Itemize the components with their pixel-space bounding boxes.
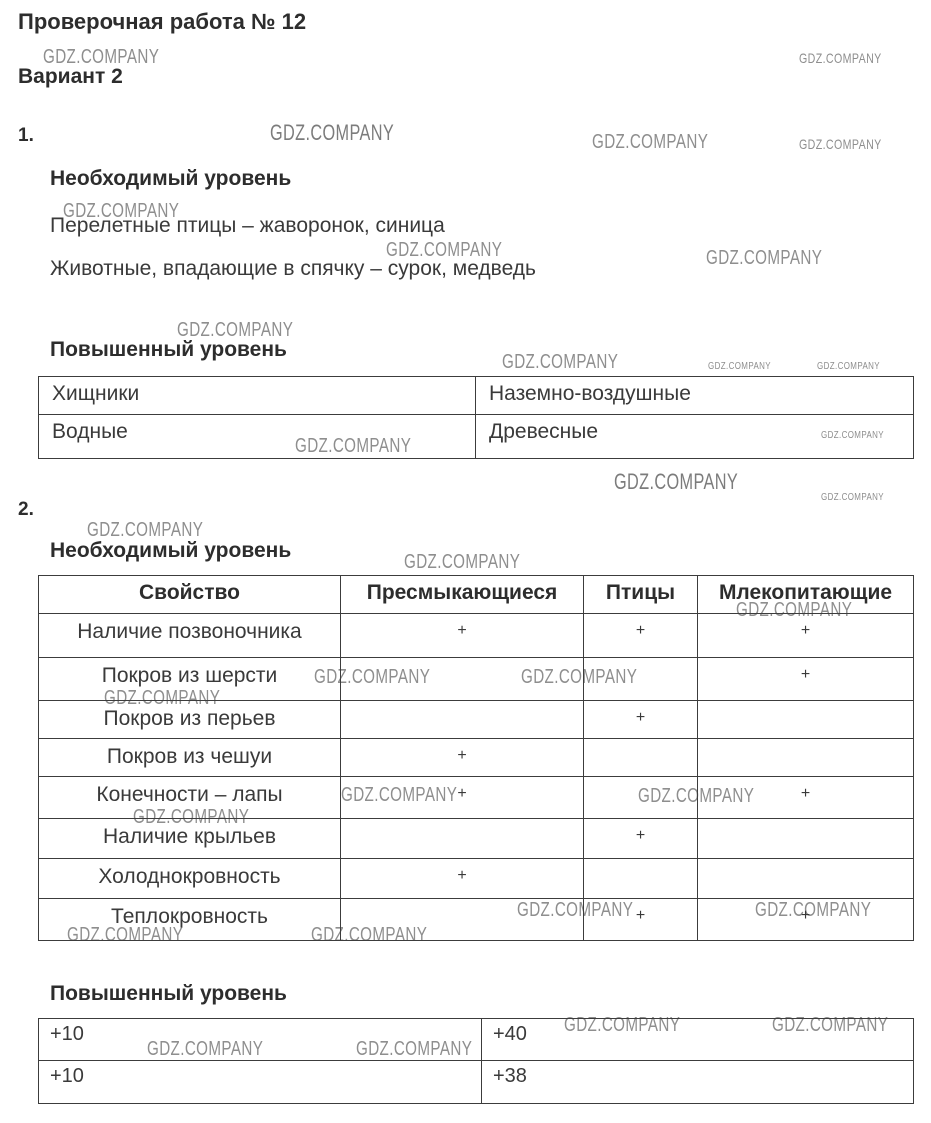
table-row: +10 +40: [39, 1019, 914, 1061]
mark-cell: [341, 701, 584, 739]
column-header: Птицы: [584, 576, 698, 614]
property-label: Покров из шерсти: [39, 658, 341, 701]
points-table: +10 +40 +10 +38: [38, 1018, 914, 1104]
column-header: Пресмыкающиеся: [341, 576, 584, 614]
watermark: GDZ.COMPANY: [87, 520, 203, 540]
watermark: GDZ.COMPANY: [43, 47, 159, 67]
watermark: GDZ.COMPANY: [502, 352, 618, 372]
section2-number: 2.: [18, 499, 34, 521]
mark-cell: +: [584, 614, 698, 658]
table-row: Наличие крыльев +: [39, 819, 914, 859]
points-cell: +10: [39, 1019, 482, 1061]
watermark: GDZ.COMPANY: [799, 137, 882, 151]
mark-cell: +: [698, 658, 914, 701]
mark-cell: +: [341, 859, 584, 899]
table-header-row: Свойство Пресмыкающиеся Птицы Млекопитаю…: [39, 576, 914, 614]
points-cell: +10: [39, 1061, 482, 1104]
watermark: GDZ.COMPANY: [821, 492, 884, 503]
watermark: GDZ.COMPANY: [177, 320, 293, 340]
mark-cell: [698, 739, 914, 777]
property-label: Покров из перьев: [39, 701, 341, 739]
table-row: Водные Древесные: [39, 415, 914, 459]
property-label: Конечности – лапы: [39, 777, 341, 819]
property-label: Наличие позвоночника: [39, 614, 341, 658]
section1-number: 1.: [18, 125, 34, 147]
mark-cell: [698, 819, 914, 859]
mark-cell: +: [341, 777, 584, 819]
watermark: GDZ.COMPANY: [708, 361, 771, 372]
mark-cell: +: [341, 614, 584, 658]
answer-line-hibernation: Животные, впадающие в спячку – сурок, ме…: [50, 257, 536, 281]
watermark: GDZ.COMPANY: [592, 132, 708, 152]
column-header: Млекопитающие: [698, 576, 914, 614]
section1-advanced-heading: Повышенный уровень: [50, 338, 287, 362]
table-row: Хищники Наземно-воздушные: [39, 377, 914, 415]
mark-cell: [584, 658, 698, 701]
watermark: GDZ.COMPANY: [817, 361, 880, 372]
watermark: GDZ.COMPANY: [270, 122, 394, 144]
watermark: GDZ.COMPANY: [614, 471, 738, 493]
mark-cell: [584, 739, 698, 777]
mark-cell: [584, 859, 698, 899]
groups-table: Хищники Наземно-воздушные Водные Древесн…: [38, 376, 914, 459]
mark-cell: +: [341, 739, 584, 777]
property-label: Теплокровность: [39, 899, 341, 941]
table-cell: Наземно-воздушные: [476, 377, 914, 415]
table-cell: Древесные: [476, 415, 914, 459]
table-cell: Водные: [39, 415, 476, 459]
section2-required-heading: Необходимый уровень: [50, 539, 291, 563]
watermark: GDZ.COMPANY: [706, 248, 822, 268]
table-row: Холоднокровность +: [39, 859, 914, 899]
mark-cell: [584, 777, 698, 819]
watermark: GDZ.COMPANY: [404, 552, 520, 572]
column-header: Свойство: [39, 576, 341, 614]
mark-cell: [698, 859, 914, 899]
property-label: Холоднокровность: [39, 859, 341, 899]
table-row: Наличие позвоночника + + +: [39, 614, 914, 658]
mark-cell: +: [698, 614, 914, 658]
table-row: Теплокровность + +: [39, 899, 914, 941]
properties-table: Свойство Пресмыкающиеся Птицы Млекопитаю…: [38, 575, 914, 941]
mark-cell: [698, 701, 914, 739]
worksheet-page: GDZ.COMPANYGDZ.COMPANYGDZ.COMPANYGDZ.COM…: [0, 0, 931, 1123]
property-label: Покров из чешуи: [39, 739, 341, 777]
property-label: Наличие крыльев: [39, 819, 341, 859]
watermark: GDZ.COMPANY: [799, 51, 882, 65]
variant-label: Вариант 2: [18, 65, 123, 89]
table-cell: Хищники: [39, 377, 476, 415]
table-row: Конечности – лапы + +: [39, 777, 914, 819]
mark-cell: +: [698, 899, 914, 941]
mark-cell: [341, 658, 584, 701]
answer-line-birds: Перелетные птицы – жаворонок, синица: [50, 214, 445, 238]
mark-cell: [341, 899, 584, 941]
mark-cell: +: [698, 777, 914, 819]
section1-required-heading: Необходимый уровень: [50, 167, 291, 191]
mark-cell: [341, 819, 584, 859]
table-row: +10 +38: [39, 1061, 914, 1104]
mark-cell: +: [584, 701, 698, 739]
mark-cell: +: [584, 819, 698, 859]
section2-advanced-heading: Повышенный уровень: [50, 982, 287, 1006]
mark-cell: +: [584, 899, 698, 941]
table-row: Покров из перьев +: [39, 701, 914, 739]
points-cell: +40: [482, 1019, 914, 1061]
table-row: Покров из чешуи +: [39, 739, 914, 777]
table-row: Покров из шерсти +: [39, 658, 914, 701]
points-cell: +38: [482, 1061, 914, 1104]
page-title: Проверочная работа № 12: [18, 9, 306, 34]
